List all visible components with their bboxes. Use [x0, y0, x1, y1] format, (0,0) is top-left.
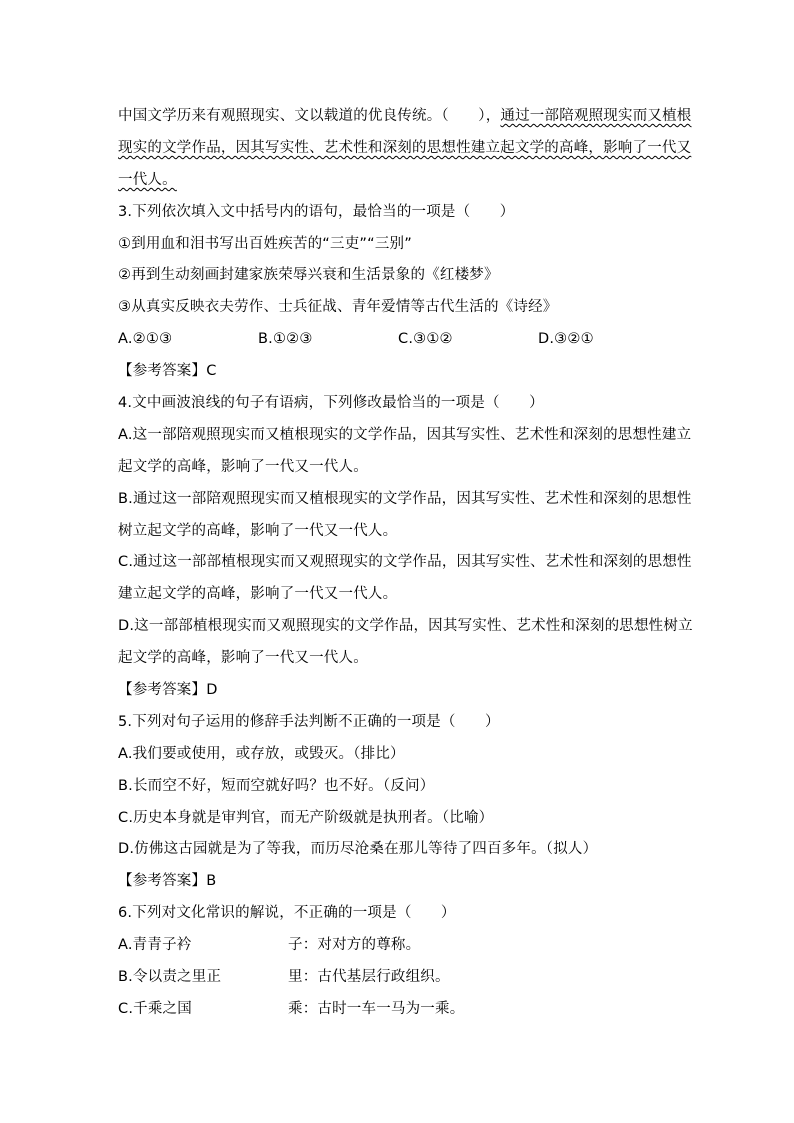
q3-option-c: C.③①② [398, 327, 538, 359]
q4-option-c-line-2: 建立起文学的高峰，影响了一代又一代人。 [118, 582, 678, 614]
q6-option-c-explain: 乘：古时一车一马为一乘。 [288, 997, 464, 1029]
question-5-stem: 5.下列对句子运用的修辞手法判断不正确的一项是（ ） [118, 710, 678, 742]
passage-lead: 中国文学历来有观照现实、文以载道的优良传统。（ ）， [118, 108, 500, 124]
q4-answer: 【参考答案】D [118, 678, 678, 710]
question-3-stem: 3.下列依次填入文中括号内的语句，最恰当的一项是（ ） [118, 200, 678, 232]
q4-option-d-line-1: D.这一部部植根现实而又观照现实的文学作品，因其写实性、艺术性和深刻的思想性树立 [118, 614, 678, 646]
q4-option-a-line-2: 起文学的高峰，影响了一代又一代人。 [118, 455, 678, 487]
q3-statement-1: ①到用血和泪书写出百姓疾苦的“三吏”“三别” [118, 232, 678, 264]
q6-option-b-explain: 里：古代基层行政组织。 [288, 965, 450, 997]
q3-option-a: A.②①③ [118, 327, 258, 359]
passage-line-2: 现实的文学作品，因其写实性、艺术性和深刻的思想性建立起文学的高峰，影响了一代又 [118, 136, 678, 168]
q5-answer: 【参考答案】B [118, 869, 678, 901]
question-4-stem: 4.文中画波浪线的句子有语病，下列修改最恰当的一项是（ ） [118, 391, 678, 423]
passage-line-1: 中国文学历来有观照现实、文以载道的优良传统。（ ），通过一部陪观照现实而又植根 [118, 104, 678, 136]
q6-option-c-term: C.千乘之国 [118, 997, 288, 1029]
passage-line-3: 一代人。 [118, 168, 678, 200]
wavy-underlined-sentence: 通过一部陪观照现实而又植根 [500, 108, 691, 124]
q4-option-b-line-2: 树立起文学的高峰，影响了一代又一代人。 [118, 519, 678, 551]
q4-option-b-line-1: B.通过这一部陪观照现实而又植根现实的文学作品，因其写实性、艺术性和深刻的思想性 [118, 487, 678, 519]
wavy-underlined-sentence: 现实的文学作品，因其写实性、艺术性和深刻的思想性建立起文学的高峰，影响了一代又 [118, 140, 691, 156]
q3-options: A.②①③ B.①②③ C.③①② D.③②① [118, 327, 678, 359]
q6-option-c: C.千乘之国 乘：古时一车一马为一乘。 [118, 997, 678, 1029]
q3-answer: 【参考答案】C [118, 359, 678, 391]
q3-option-d: D.③②① [538, 327, 678, 359]
q6-option-a-explain: 子：对对方的尊称。 [288, 933, 420, 965]
q5-option-c: C.历史本身就是审判官，而无产阶级就是执刑者。（比喻） [118, 806, 678, 838]
q6-option-a: A.青青子衿 子：对对方的尊称。 [118, 933, 678, 965]
document-page: 中国文学历来有观照现实、文以载道的优良传统。（ ），通过一部陪观照现实而又植根 … [118, 104, 678, 1029]
q4-option-c-line-1: C.通过这一部部植根现实而又观照现实的文学作品，因其写实性、艺术性和深刻的思想性 [118, 550, 678, 582]
q4-option-a-line-1: A.这一部陪观照现实而又植根现实的文学作品，因其写实性、艺术性和深刻的思想性建立 [118, 423, 678, 455]
q4-option-d-line-2: 起文学的高峰，影响了一代又一代人。 [118, 646, 678, 678]
q3-statement-2: ②再到生动刻画封建家族荣辱兴衰和生活景象的《红楼梦》 [118, 263, 678, 295]
q6-option-a-term: A.青青子衿 [118, 933, 288, 965]
q6-option-b: B.令以责之里正 里：古代基层行政组织。 [118, 965, 678, 997]
wavy-underlined-sentence: 一代人。 [118, 172, 177, 188]
q3-statement-3: ③从真实反映衣夫劳作、士兵征战、青年爱情等古代生活的《诗经》 [118, 295, 678, 327]
q3-option-b: B.①②③ [258, 327, 398, 359]
question-6-stem: 6.下列对文化常识的解说，不正确的一项是（ ） [118, 901, 678, 933]
q5-option-b: B.长而空不好，短而空就好吗？也不好。（反问） [118, 774, 678, 806]
q6-option-b-term: B.令以责之里正 [118, 965, 288, 997]
q5-option-a: A.我们要或使用，或存放，或毁灭。（排比） [118, 742, 678, 774]
q5-option-d: D.仿佛这古园就是为了等我，而历尽沧桑在那儿等待了四百多年。（拟人） [118, 837, 678, 869]
